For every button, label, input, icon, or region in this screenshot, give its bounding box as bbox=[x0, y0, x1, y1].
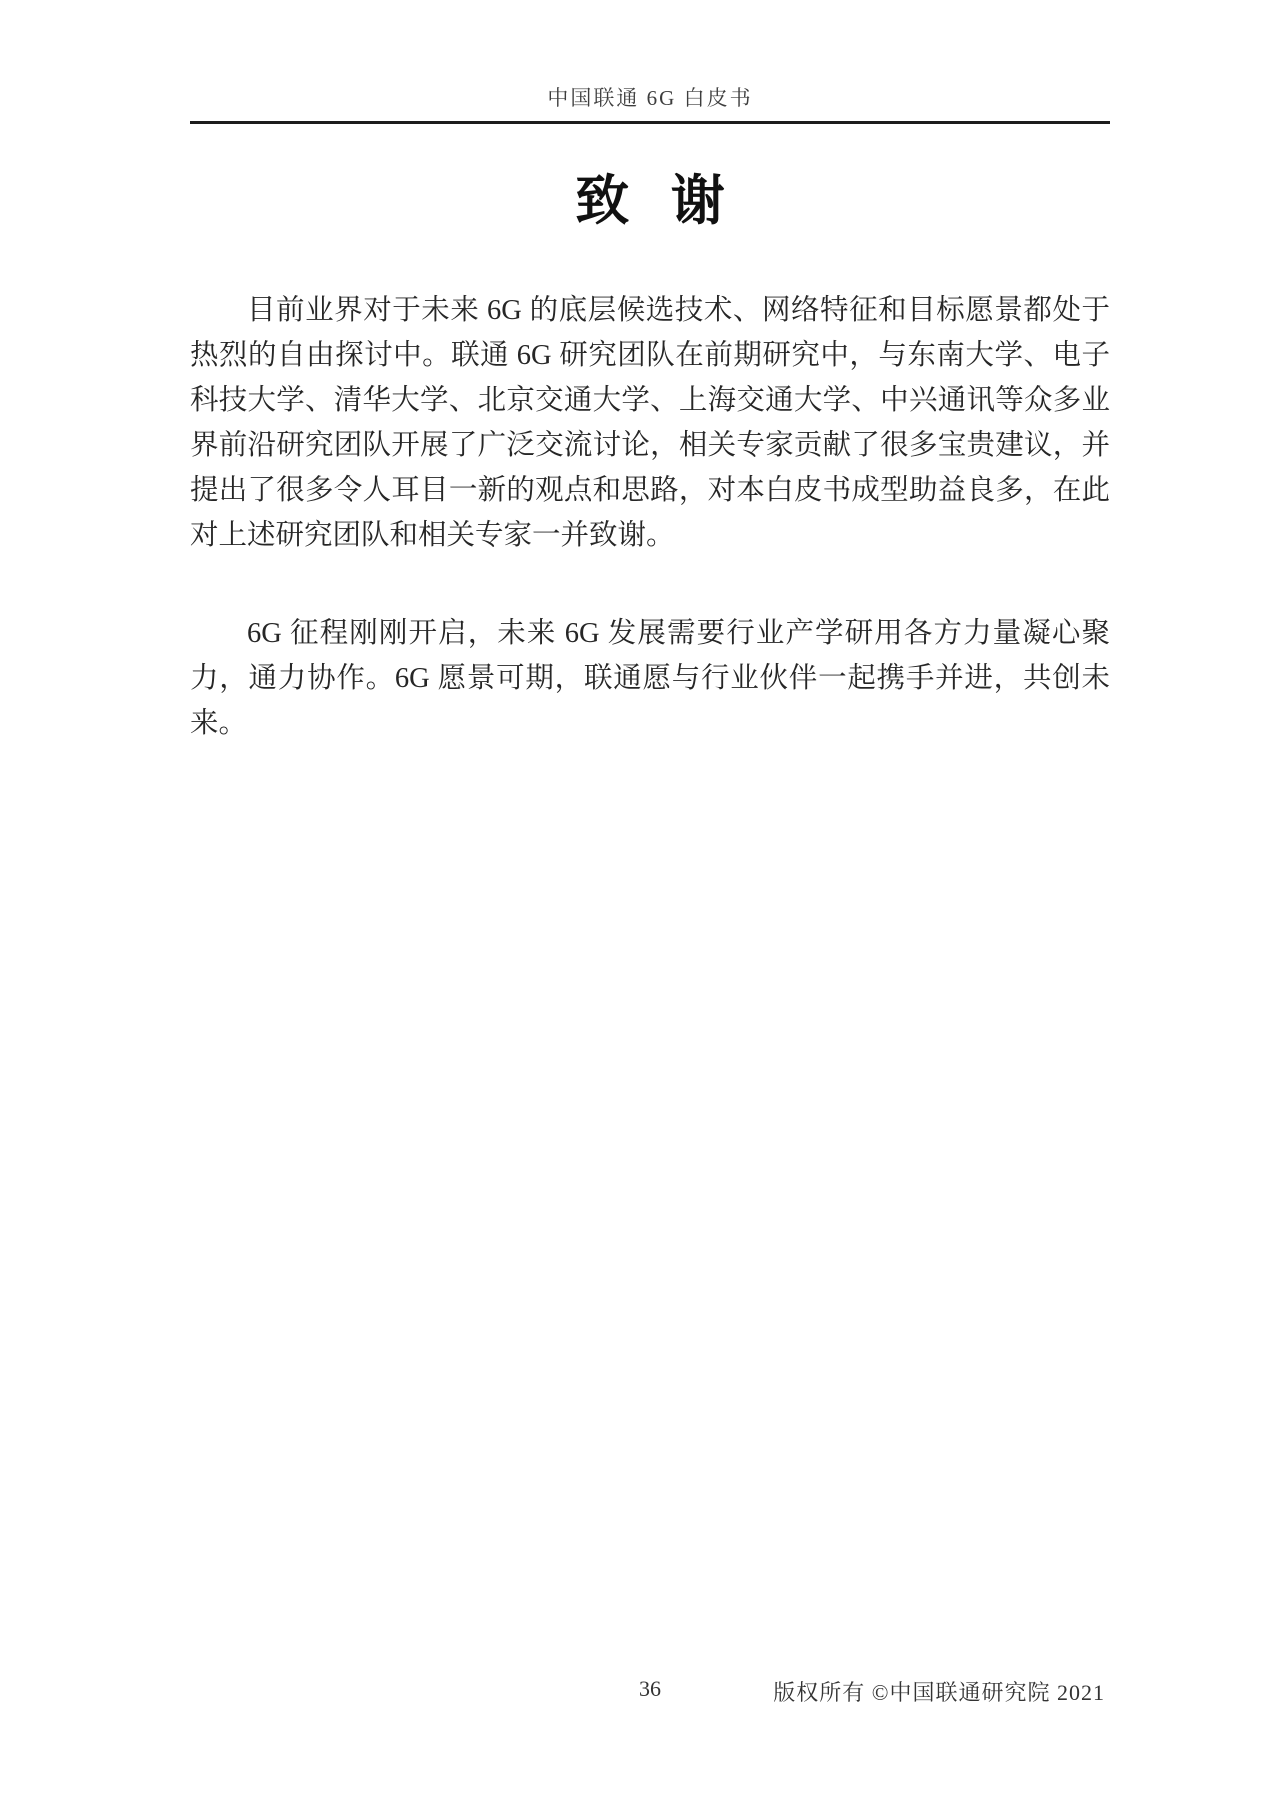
page-title: 致 谢 bbox=[190, 158, 1110, 235]
whitepaper-page: 中国联通 6G 白皮书 致 谢 目前业界对于未来 6G 的底层候选技术、网络特征… bbox=[0, 0, 1280, 1810]
body-text: 目前业界对于未来 6G 的底层候选技术、网络特征和目标愿景都处于热烈的自由探讨中… bbox=[190, 288, 1110, 746]
page-header: 中国联通 6G 白皮书 bbox=[190, 0, 1110, 124]
paragraph-acknowledgment: 目前业界对于未来 6G 的底层候选技术、网络特征和目标愿景都处于热烈的自由探讨中… bbox=[190, 288, 1110, 558]
copyright-notice: 版权所有 ©中国联通研究院 2021 bbox=[773, 1676, 1105, 1707]
paragraph-outlook: 6G 征程刚刚开启，未来 6G 发展需要行业产学研用各方力量凝心聚力，通力协作。… bbox=[190, 611, 1110, 746]
header-title: 中国联通 6G 白皮书 bbox=[190, 82, 1110, 112]
page-footer: 36 版权所有 ©中国联通研究院 2021 bbox=[190, 1676, 1110, 1708]
